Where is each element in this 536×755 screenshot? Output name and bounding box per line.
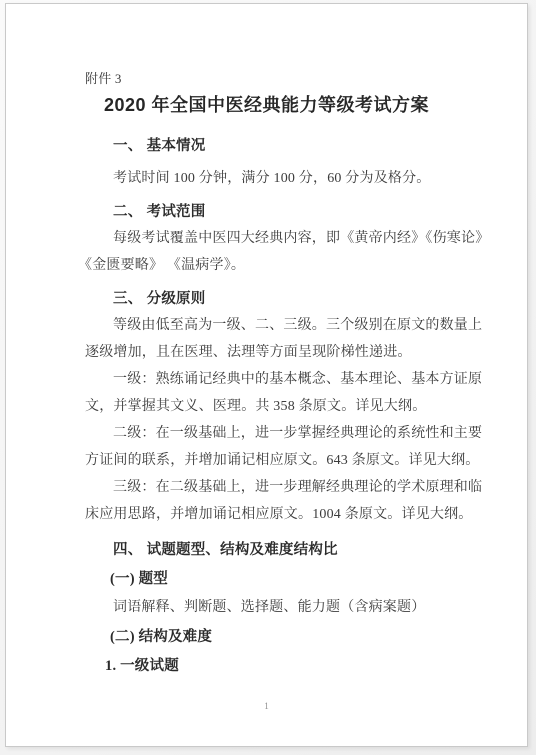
section-3-level-1-line-1: 一级：熟练诵记经典中的基本概念、基本理论、基本方证原 (113, 371, 482, 389)
section-1-body: 考试时间 100 分钟，满分 100 分，60 分为及格分。 (113, 170, 431, 188)
section-4-item-1: 1. 一级试题 (105, 657, 179, 675)
section-3-principle-line-1: 等级由低至高为一级、二、三级。三个级别在原文的数量上 (113, 317, 482, 335)
section-3-level-3-line-1: 三级：在二级基础上，进一步理解经典理论的学术原理和临 (113, 479, 482, 497)
section-3-level-3-line-2: 床应用思路，并增加诵记相应原文。1004 条原文。详见大纲。 (85, 506, 473, 524)
section-4-sub-1-body: 词语解释、判断题、选择题、能力题（含病案题） (113, 599, 425, 617)
attachment-label: 附件 3 (85, 70, 122, 88)
section-2-line-2: 《金匮要略》 《温病学》。 (78, 257, 245, 275)
document-title: 2020 年全国中医经典能力等级考试方案 (6, 96, 527, 114)
section-4-heading: 四、 试题题型、结构及难度结构比 (113, 541, 338, 559)
section-1-heading: 一、 基本情况 (113, 137, 205, 155)
document-viewer-canvas: 附件 3 2020 年全国中医经典能力等级考试方案 一、 基本情况 考试时间 1… (0, 0, 536, 755)
page-number: 1 (6, 697, 527, 715)
section-3-level-2-line-2: 方证间的联系，并增加诵记相应原文。643 条原文。详见大纲。 (85, 452, 480, 470)
section-3-principle-line-2: 逐级增加，且在医理、法理等方面呈现阶梯性递进。 (85, 344, 412, 362)
document-page: 附件 3 2020 年全国中医经典能力等级考试方案 一、 基本情况 考试时间 1… (5, 3, 528, 747)
section-4-sub-2-heading: (二) 结构及难度 (110, 628, 212, 646)
section-3-level-2-line-1: 二级：在一级基础上，进一步掌握经典理论的系统性和主要 (113, 425, 482, 443)
section-3-heading: 三、 分级原则 (113, 290, 205, 308)
section-3-level-1-line-2: 文，并掌握其文义、医理。共 358 条原文。详见大纲。 (85, 398, 426, 416)
section-4-sub-1-heading: (一) 题型 (110, 570, 168, 588)
section-2-heading: 二、 考试范围 (113, 203, 205, 221)
section-2-line-1: 每级考试覆盖中医四大经典内容，即《黄帝内经》《伤寒论》 (113, 230, 489, 248)
